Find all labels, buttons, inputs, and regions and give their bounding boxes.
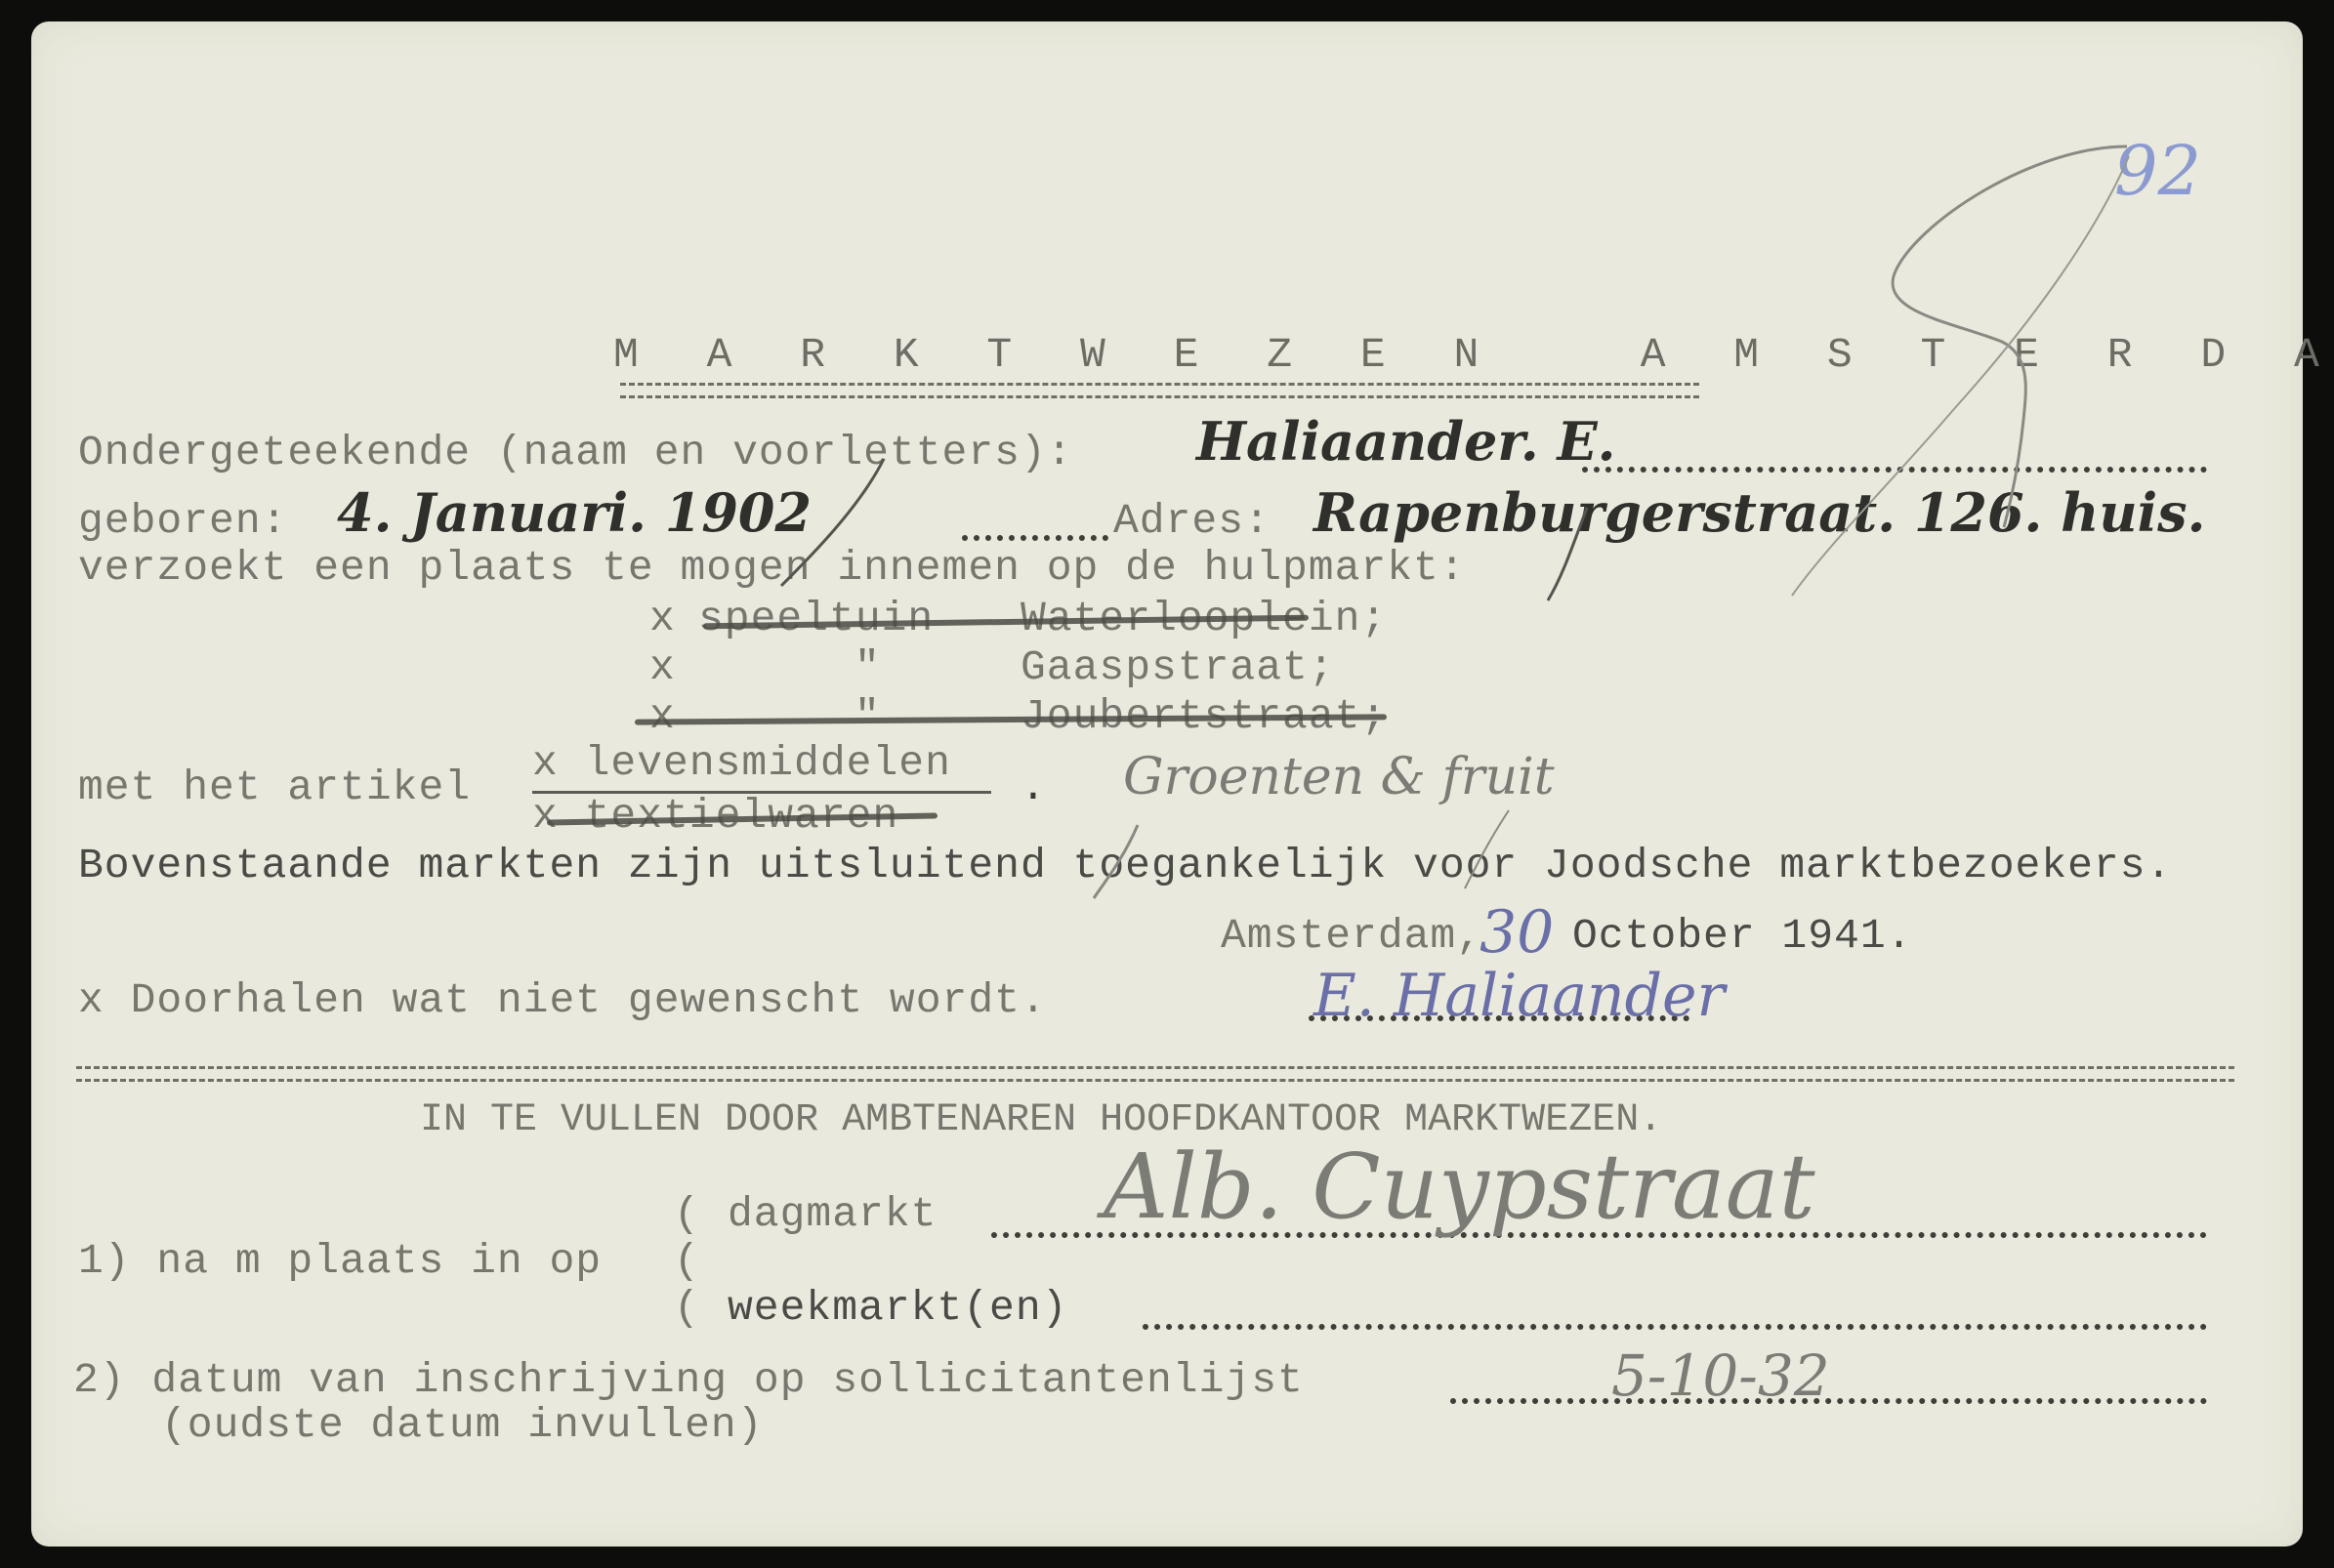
article-trailing-period: . [1021, 766, 1047, 808]
article-label: met het artikel [78, 766, 471, 808]
request-text: verzoekt een plaats te mogen innemen op … [78, 547, 1466, 589]
market-3-prefix: " [854, 695, 881, 737]
document-title: M A R K T W E Z E N A M S T E R D A M, [613, 334, 2334, 376]
born-dotted-line [962, 535, 1108, 541]
born-label: geboren: [78, 500, 287, 542]
item1-label: 1) na m plaats in op [78, 1240, 602, 1282]
applicant-dotted-line [1582, 467, 2207, 473]
registration-date-handwritten: 5-10-32 [1611, 1347, 1830, 1404]
market-2-name: Gaaspstraat; [1021, 646, 1335, 688]
assigned-market-handwritten: Alb. Cuypstraat [1104, 1142, 1815, 1232]
strike-instruction: x Doorhalen wat niet gewenscht wordt. [78, 979, 1047, 1021]
market-1-mark: x [649, 598, 676, 640]
date-day-handwritten: 30 [1480, 903, 1554, 962]
bracket-top: ( [674, 1193, 700, 1235]
born-date-handwritten: 4. Januari. 1902 [337, 486, 812, 539]
bracket-middle: ( [674, 1240, 700, 1282]
title-double-rule [620, 383, 1699, 398]
option-weekmarkt: weekmarkt(en) [728, 1287, 1067, 1329]
applicant-label: Ondergeteekende (naam en voorletters): [78, 432, 1073, 474]
address-handwritten: Rapenburgerstraat. 126. huis. [1313, 486, 2205, 539]
applicant-signature: E. Haliaander [1313, 967, 1725, 1025]
margin-blue-number: 92 [2114, 137, 2201, 205]
jewish-market-notice: Bovenstaande markten zijn uitsluitend to… [78, 845, 2172, 887]
market-2-prefix: " [854, 646, 881, 688]
address-label: Adres: [1113, 500, 1271, 542]
date-month-year: October 1941. [1572, 915, 1912, 957]
market-2-mark: x [649, 646, 676, 688]
item2-sublabel: (oudste datum invullen) [161, 1404, 764, 1446]
place: Amsterdam, [1221, 915, 1482, 957]
weekmarkt-dotted-line [1143, 1324, 2207, 1330]
item2-label: 2) datum van inschrijving op sollicitant… [73, 1359, 1304, 1401]
market-3-mark: x [649, 695, 676, 737]
article-option-food: x levensmiddelen [532, 742, 951, 784]
bracket-bottom: ( [674, 1287, 700, 1329]
market-1-prefix: speeltuin [698, 598, 934, 640]
article-handwritten-note: Groenten & fruit [1123, 752, 1555, 803]
option-dagmarkt: dagmarkt [728, 1193, 937, 1235]
applicant-name-handwritten: Haliaander. E. [1196, 415, 1615, 468]
section-separator-rule [76, 1066, 2234, 1082]
